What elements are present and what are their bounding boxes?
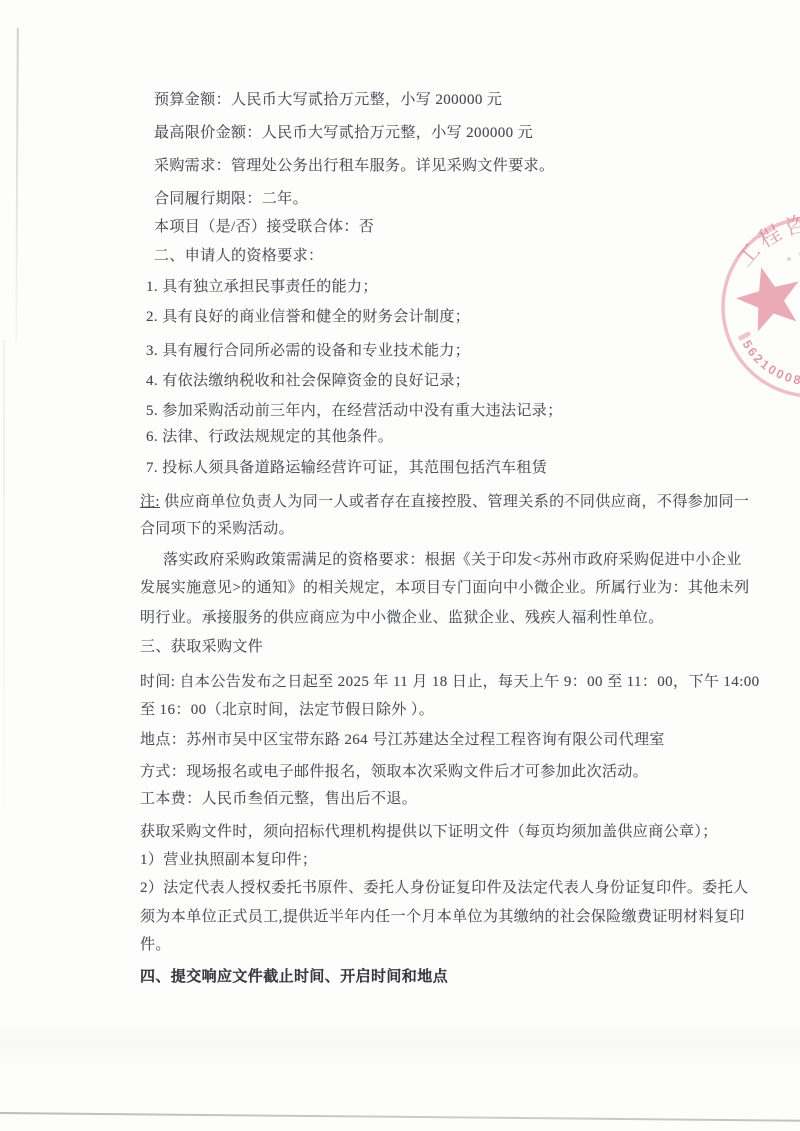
page-edge-left-faint xyxy=(3,340,5,810)
doc-line-proof-1: 1）营业执照副本复印件； xyxy=(140,850,317,870)
doc-line-time-2: 至 16：00（北京时间，法定节假日除外 ）。 xyxy=(140,700,434,720)
doc-heading-section3: 三、获取采购文件 xyxy=(140,637,263,657)
doc-line-fee: 工本费：人民币叁佰元整，售出后不退。 xyxy=(140,789,417,809)
doc-line-req-6: 6. 法律、行政法规规定的其他条件。 xyxy=(146,427,393,447)
doc-line-policy-2: 发展实施意见>的通知》的相关规定，本项目专门面向中小微企业。所属行业为：其他未列 xyxy=(140,578,749,598)
svg-text:工程咨: 工程咨 xyxy=(732,211,800,272)
doc-line-req-5: 5. 参加采购活动前三年内，在经营活动中没有重大违法记录； xyxy=(146,401,563,421)
doc-line-proof-intro: 获取采购文件时，须向招标代理机构提供以下证明文件（每页均须加盖供应商公章）； xyxy=(140,822,718,842)
doc-heading-section2: 二、申请人的资格要求： xyxy=(154,246,323,266)
doc-line-note-2: 合同项下的采购活动。 xyxy=(140,519,294,539)
doc-line-max-price: 最高限价金额：人民币大写贰拾万元整，小写 200000 元 xyxy=(154,123,533,143)
doc-line-req-7: 7. 投标人须具备道路运输经营许可证，其范围包括汽车租赁 xyxy=(146,458,547,478)
doc-line-method: 方式：现场报名或电子邮件报名，领取本次采购文件后才可参加此次活动。 xyxy=(140,762,648,782)
page-edge-bottom xyxy=(0,1112,800,1122)
svg-text:5621000854: 5621000854 xyxy=(740,338,800,389)
doc-line-policy-1: 落实政府采购政策需满足的资格要求：根据《关于印发<苏州市政府采购促进中小企业 xyxy=(140,550,742,570)
doc-line-demand: 采购需求：管理处公务出行租车服务。详见采购文件要求。 xyxy=(154,156,554,176)
company-seal-stamp: 工程咨 5621000854 xyxy=(688,195,800,410)
doc-line-contract-term: 合同履行期限：二年。 xyxy=(154,189,308,209)
doc-line-policy-3: 明行业。承接服务的供应商应为中小微企业、监狱企业、残疾人福利性单位。 xyxy=(140,608,664,628)
doc-line-req-3: 3. 具有履行合同所必需的设备和专业技术能力； xyxy=(146,341,470,361)
doc-line-proof-2c: 件。 xyxy=(140,935,171,955)
doc-line-consortium: 本项目（是/否）接受联合体：否 xyxy=(154,217,374,237)
doc-line-budget: 预算金额：人民币大写贰拾万元整，小写 200000 元 xyxy=(154,90,502,110)
doc-heading-section4: 四、提交响应文件截止时间、开启时间和地点 xyxy=(140,967,448,987)
scan-artifact-band xyxy=(0,1018,800,1070)
seal-speck xyxy=(787,257,791,261)
doc-line-req-4: 4. 有依法缴纳税收和社会保障资金的良好记录； xyxy=(146,371,470,391)
page-edge-left xyxy=(15,28,19,340)
doc-line-proof-2b: 须为本单位正式员工,提供近半年内任一个月本单位为其缴纳的社会保险缴费证明材料复印 xyxy=(140,907,745,927)
doc-line-proof-2a: 2）法定代表人授权委托书原件、委托人身份证复印件及法定代表人身份证复印件。委托人 xyxy=(140,878,749,898)
doc-line-req-1: 1. 具有独立承担民事责任的能力； xyxy=(146,277,378,297)
seal-star xyxy=(736,267,799,332)
seal-arc-text: 工程咨 xyxy=(732,211,800,272)
doc-line-note-1: 注: 供应商单位负责人为同一人或者存在直接控股、管理关系的不同供应商，不得参加同… xyxy=(140,492,749,512)
seal-serial-number: 5621000854 xyxy=(740,338,800,389)
document-page: 预算金额：人民币大写贰拾万元整，小写 200000 元 最高限价金额：人民币大写… xyxy=(0,0,800,1131)
doc-line-req-2: 2. 具有良好的商业信誉和健全的财务会计制度； xyxy=(146,307,470,327)
seal-graphic: 工程咨 5621000854 xyxy=(688,195,800,410)
doc-line-location: 地点：苏州市吴中区宝带东路 264 号江苏建达全过程工程咨询有限公司代理室 xyxy=(140,730,665,750)
doc-line-time-1: 时间: 自本公告发布之日起至 2025 年 11 月 18 日止，每天上午 9：… xyxy=(140,672,760,692)
